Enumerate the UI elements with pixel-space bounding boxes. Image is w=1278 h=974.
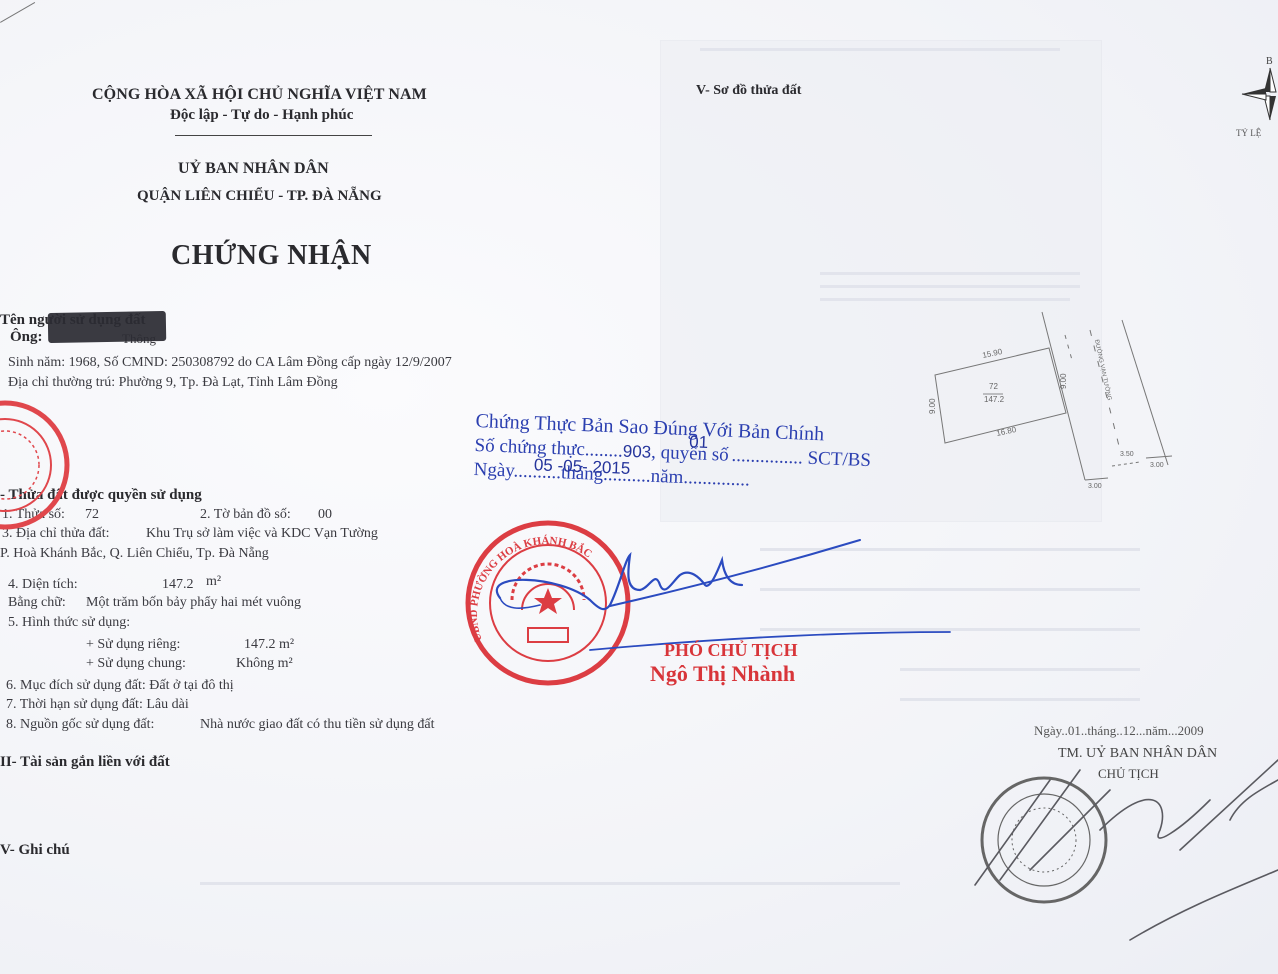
signatory-name: Ngô Thị Nhành <box>650 661 795 687</box>
svg-text:15.90: 15.90 <box>982 347 1004 360</box>
issuer-role: CHỦ TỊCH <box>1098 766 1159 782</box>
svg-text:9.00: 9.00 <box>928 398 937 414</box>
stamp-book-value: 01 <box>689 432 709 452</box>
north-label: B <box>1266 56 1273 67</box>
svg-text:3.00: 3.00 <box>1150 462 1164 469</box>
scale-label: TỶ LỆ <box>1236 128 1262 138</box>
grey-seal-right <box>982 778 1106 902</box>
red-seal-center: UBND PHƯỜNG HOÀ KHÁNH BẮC <box>468 523 628 683</box>
svg-text:3.00: 3.00 <box>1088 483 1102 490</box>
issue-date: Ngày..01..tháng..12...năm...2009 <box>1034 723 1204 739</box>
stamp-year-label: năm <box>650 466 684 488</box>
plot-diagram <box>935 312 1172 480</box>
red-seal-left <box>0 403 67 527</box>
signatory-title: PHÓ CHỦ TỊCH <box>664 640 798 661</box>
stamp-dots: .............. <box>683 467 750 491</box>
vice-chair-signature <box>497 540 950 650</box>
chairman-signature <box>975 760 1278 940</box>
issuer-org: TM. UỶ BAN NHÂN DÂN <box>1058 746 1217 762</box>
svg-text:9.00: 9.00 <box>1059 373 1068 389</box>
svg-text:ĐƯỜNG VẠN TƯỜNG: ĐƯỜNG VẠN TƯỜNG <box>1093 339 1113 402</box>
stamp-date-prefix: Ngày <box>473 459 514 482</box>
north-arrow-icon <box>1242 68 1276 120</box>
plot-dimension-labels: 15.90 16.80 9.00 9.00 72 147.2 ĐƯỜNG VẠN… <box>928 339 1164 490</box>
svg-text:16.80: 16.80 <box>996 425 1018 438</box>
svg-text:147.2: 147.2 <box>984 395 1005 404</box>
certified-copy-stamp: Chứng Thực Bản Sao Đúng Với Bản Chính Số… <box>473 410 872 496</box>
stamp-date-value: 05 -05- 2015 <box>534 455 631 479</box>
svg-text:72: 72 <box>989 382 998 391</box>
stamp-book-suffix: ............... SCT/BS <box>731 445 871 471</box>
svg-text:3.50: 3.50 <box>1120 451 1134 458</box>
